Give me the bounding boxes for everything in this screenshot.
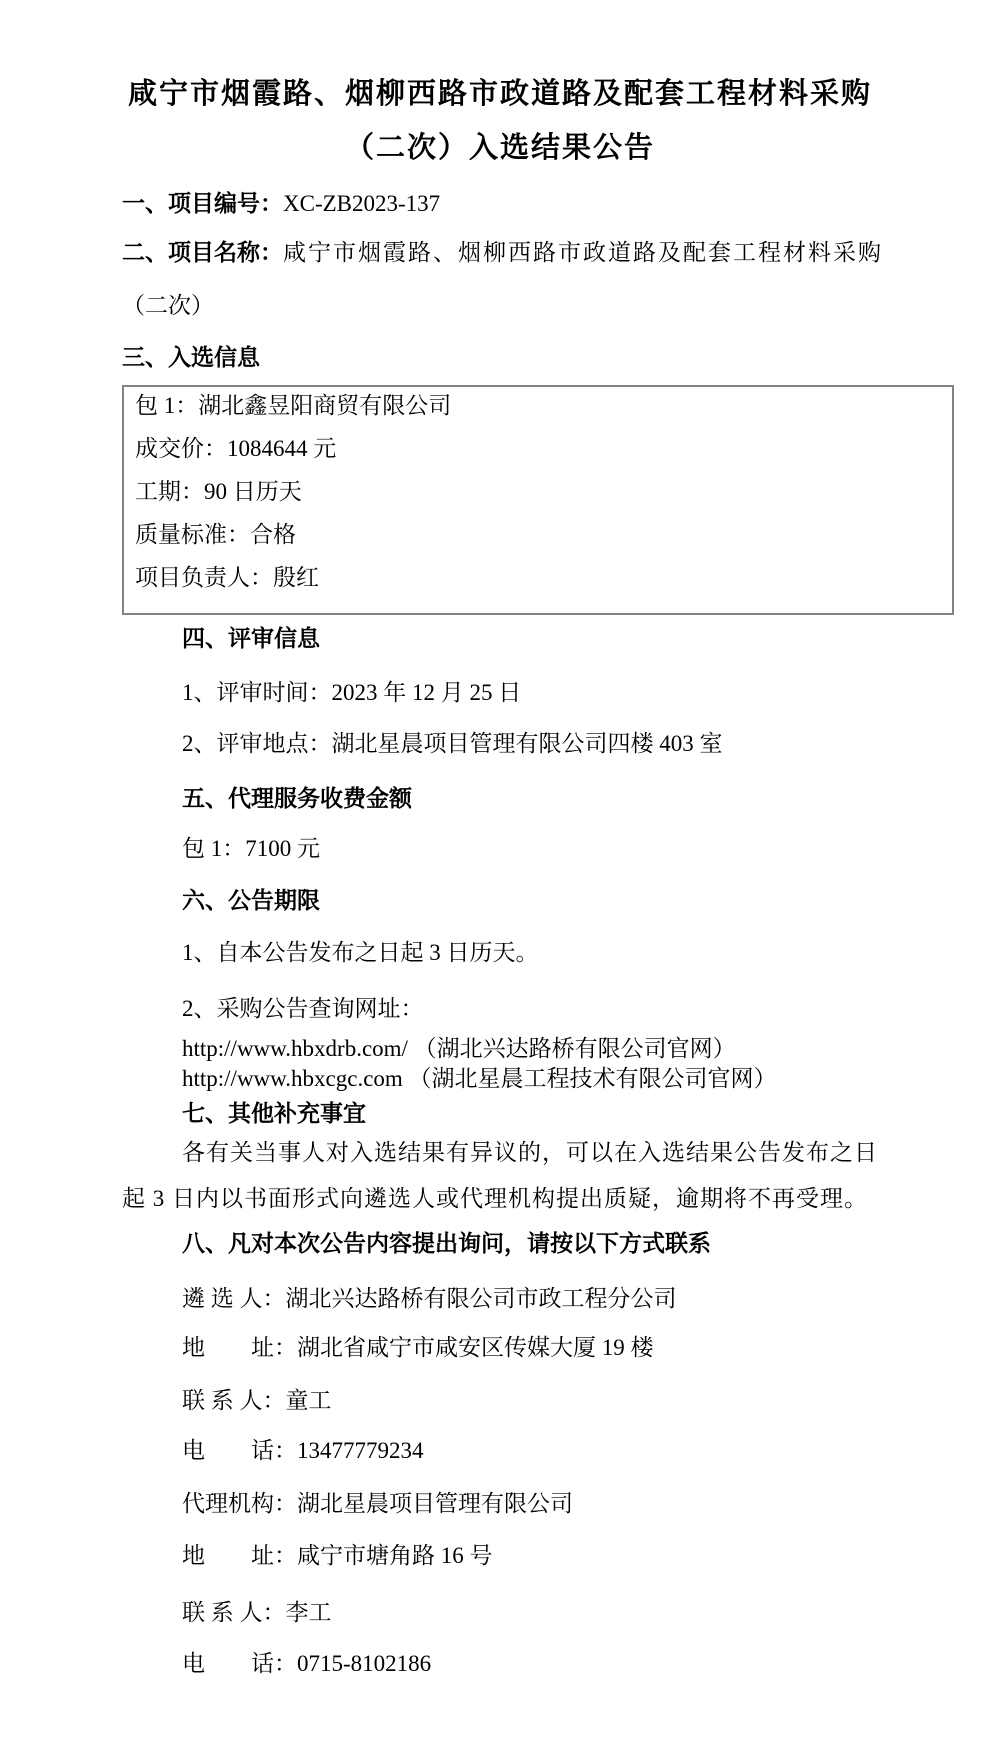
notice-query-label: 2、采购公告查询网址： [122,994,878,1024]
notice-url-2: http://www.hbxcgc.com （湖北星晨工程技术有限公司官网） [122,1064,878,1094]
contact-agency-address: 地 址：咸宁市塘角路 16 号 [122,1541,878,1571]
section-heading-agency-fee: 五、代理服务收费金额 [122,784,878,814]
contact-selector: 遴 选 人：湖北兴达路桥有限公司市政工程分公司 [122,1284,878,1314]
document-page: 咸宁市烟霞路、烟柳西路市政道路及配套工程材料采购 （二次）入选结果公告 一、项目… [0,0,1000,1756]
contact-selector-phone: 电 话：13477779234 [122,1436,878,1466]
section-heading-selection-info: 三、入选信息 [122,343,878,373]
section-heading-supplement: 七、其他补充事宜 [122,1099,878,1129]
project-number-value: XC-ZB2023-137 [283,191,440,216]
selection-manager: 项目负责人：殷红 [135,563,942,593]
contact-agency-phone: 电 话：0715-8102186 [122,1649,878,1679]
contact-selector-address: 地 址：湖北省咸宁市咸安区传媒大厦 19 楼 [122,1333,878,1363]
section-heading-contact: 八、凡对本次公告内容提出询问，请按以下方式联系 [122,1229,878,1259]
agency-fee-amount: 包 1：7100 元 [122,834,878,864]
project-name-label: 二、项目名称： [122,240,283,265]
supplement-paragraph-line-2: 起 3 日内以书面形式向遴选人或代理机构提出质疑，逾期将不再受理。 [122,1184,878,1214]
selection-result-box: 包 1：湖北鑫昱阳商贸有限公司 成交价：1084644 元 工期：90 日历天 … [122,385,954,615]
title-line-2: （二次）入选结果公告 [122,130,878,166]
project-name-continuation: （二次） [122,291,878,321]
notice-url-1: http://www.hbxdrb.com/ （湖北兴达路桥有限公司官网） [122,1034,878,1064]
project-name-line: 二、项目名称：咸宁市烟霞路、烟柳西路市政道路及配套工程材料采购 [122,238,878,268]
contact-selector-person: 联 系 人：童工 [122,1386,878,1416]
contact-agency-person: 联 系 人：李工 [122,1598,878,1628]
review-place: 2、评审地点：湖北星晨项目管理有限公司四楼 403 室 [122,729,878,759]
document-title: 咸宁市烟霞路、烟柳西路市政道路及配套工程材料采购 （二次）入选结果公告 [122,76,878,166]
selection-price: 成交价：1084644 元 [135,434,942,464]
section-heading-notice-period: 六、公告期限 [122,886,878,916]
notice-duration: 1、自本公告发布之日起 3 日历天。 [122,938,878,968]
supplement-paragraph-line-1: 各有关当事人对入选结果有异议的，可以在入选结果公告发布之日 [122,1138,878,1168]
section-heading-review-info: 四、评审信息 [122,624,878,654]
selection-package: 包 1：湖北鑫昱阳商贸有限公司 [135,391,942,421]
selection-quality: 质量标准：合格 [135,520,942,550]
project-number-line: 一、项目编号：XC-ZB2023-137 [122,189,878,219]
title-line-1: 咸宁市烟霞路、烟柳西路市政道路及配套工程材料采购 [122,76,878,112]
selection-duration: 工期：90 日历天 [135,477,942,507]
review-time: 1、评审时间：2023 年 12 月 25 日 [122,678,878,708]
project-name-value: 咸宁市烟霞路、烟柳西路市政道路及配套工程材料采购 [283,240,883,265]
project-number-label: 一、项目编号： [122,191,283,216]
contact-agency: 代理机构：湖北星晨项目管理有限公司 [122,1489,878,1519]
